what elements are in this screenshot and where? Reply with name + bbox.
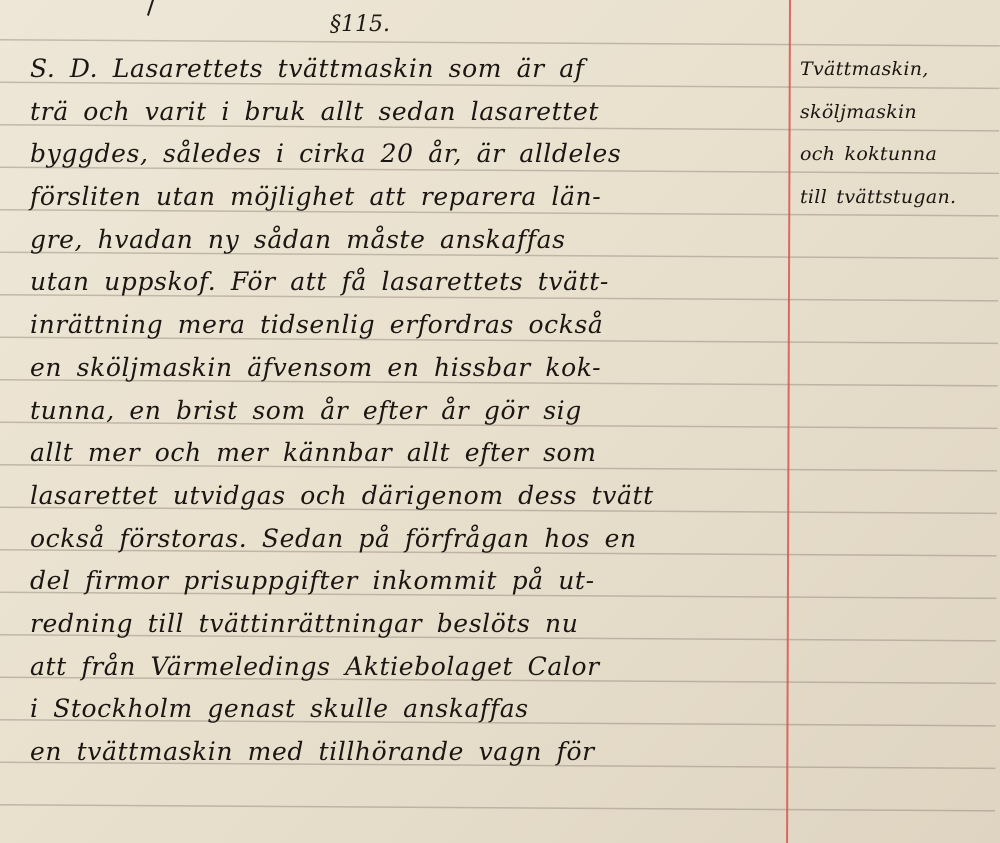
text-line: försliten utan möjlighet att reparera lä… bbox=[30, 176, 780, 219]
text-line: gre, hvadan ny sådan måste anskaffas bbox=[30, 219, 780, 262]
text-line: trä och varit i bruk allt sedan lasarett… bbox=[30, 91, 780, 134]
margin-note-line: och koktunna bbox=[800, 133, 995, 176]
text-line: del firmor prisuppgifter inkommit på ut- bbox=[30, 560, 780, 603]
text-line: i Stockholm genast skulle anskaffas bbox=[30, 688, 780, 731]
text-line: lasarettet utvidgas och därigenom dess t… bbox=[30, 475, 780, 518]
text-line: en tvättmaskin med tillhörande vagn för bbox=[30, 731, 780, 774]
text-line: inrättning mera tidsenlig erfordras ocks… bbox=[30, 304, 780, 347]
main-text-block: S. D. Lasarettets tvättmaskin som är af … bbox=[30, 48, 780, 774]
text-line: en sköljmaskin äfvensom en hissbar kok- bbox=[30, 347, 780, 390]
ledger-page: §115. S. D. Lasarettets tvättmaskin som … bbox=[0, 0, 1000, 843]
margin-note-line: till tvättstugan. bbox=[800, 176, 995, 219]
section-number: §115. bbox=[330, 12, 390, 37]
text-line: redning till tvättinrättningar beslöts n… bbox=[30, 603, 780, 646]
text-line: att från Värmeledings Aktiebolaget Calor bbox=[30, 646, 780, 689]
text-line: byggdes, således i cirka 20 år, är allde… bbox=[30, 133, 780, 176]
text-line: tunna, en brist som år efter år gör sig bbox=[30, 390, 780, 433]
margin-note-line: Tvättmaskin, bbox=[800, 48, 995, 91]
text-line: allt mer och mer kännbar allt efter som bbox=[30, 432, 780, 475]
text-line: också förstoras. Sedan på förfrågan hos … bbox=[30, 518, 780, 561]
text-line: S. D. Lasarettets tvättmaskin som är af bbox=[30, 48, 780, 91]
text-line: utan uppskof. För att få lasarettets tvä… bbox=[30, 261, 780, 304]
margin-note-line: sköljmaskin bbox=[800, 91, 995, 134]
margin-note: Tvättmaskin, sköljmaskin och koktunna ti… bbox=[800, 48, 995, 219]
